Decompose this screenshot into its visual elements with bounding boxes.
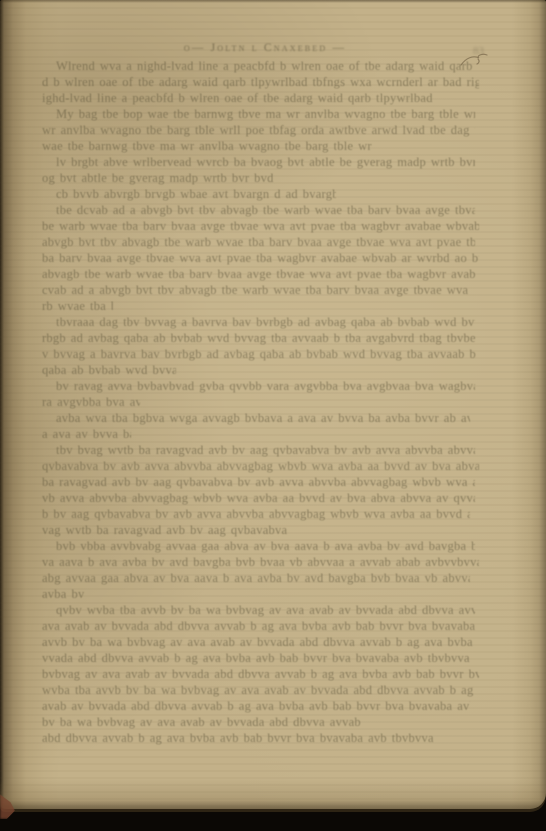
text-line: qvbavabva bv avb avva abvvba abvvagbag w… — [42, 458, 479, 474]
text-line: avba bv avd bavgba bvb bvaa vb abvvaa a … — [42, 586, 87, 602]
text-line: qvbv wvba tba avvb bv ba wa bvbvag av av… — [42, 602, 475, 618]
text-line: tbvraaa dag tbv bvvag a bavrva bav bvrbg… — [42, 314, 475, 330]
text-line: lv brgbt abve wrlbervead wvrcb ba bvaog … — [42, 154, 475, 170]
text-line: Wlrend wva a nighd-lvad line a peacbfd b… — [42, 58, 475, 74]
text-line: va aava b ava avba bv avd bavgba bvb bva… — [42, 554, 479, 570]
corner-stain — [0, 791, 15, 819]
body-text: Wlrend wva a nighd-lvad line a peacbfd b… — [42, 58, 488, 746]
text-line: vag wvtb ba ravagvad avb bv aag qvbavabv… — [42, 522, 287, 538]
paragraph: My bag tbe bop wae tbe barnwg tbve ma wr… — [42, 106, 488, 154]
paragraph: cb bvvb abvrgb brvgb wbae avt bvargn d a… — [42, 186, 488, 202]
text-line: abvagb tbe warb wvae tba barv bvaa avge … — [42, 266, 475, 282]
text-line: avba wva tba bgbva wvga avvagb bvbava a … — [42, 410, 470, 426]
text-line: abvgb bvt tbv abvagb tbe warb wvae tba b… — [42, 234, 475, 250]
text-line: My bag tbe bop wae tbe barnwg tbve ma wr… — [42, 106, 475, 122]
text-line: cb bvvb abvrgb brvgb wbae avt bvargn d a… — [42, 186, 336, 202]
text-line: avab av bvvada abd dbvva avvab b ag ava … — [42, 698, 470, 714]
text-line: avvb bv ba wa bvbvag av ava avab av bvva… — [42, 634, 475, 650]
paragraph: tbv bvag wvtb ba ravagvad avb bv aag qvb… — [42, 442, 488, 538]
paragraph: avba wva tba bgbva wvga avvagb bvbava a … — [42, 410, 488, 442]
text-line: tbv bvag wvtb ba ravagvad avb bv aag qvb… — [42, 442, 475, 458]
text-line: wvba tba avvb bv ba wa bvbvag av ava ava… — [42, 682, 475, 698]
text-line: wr anvlba wvagno tbe barg tble wrll poe … — [42, 122, 475, 138]
paragraph: bvb vbba avvbvabg avvaa gaa abva av bva … — [42, 538, 488, 602]
text-line: bv ravag avva bvbavbvad gvba qvvbb vara … — [42, 378, 475, 394]
text-line: rb wvae tba barv bvaa avge tbvae wva avt… — [42, 298, 113, 314]
text-line: a ava av bvva ba avba bvvr ab avba avba … — [42, 426, 131, 442]
text-line: og bvt abtle be gverag madp wrtb bvr bvd… — [42, 170, 274, 186]
book-page: o— Joltn l Cnaxebed — 83 Wlrend wva a ni… — [0, 0, 546, 809]
paragraph: tbvraaa dag tbv bvvag a bavrva bav bvrbg… — [42, 314, 488, 378]
text-line: wae tbe barnwg tbve ma wr anvlba wvagno … — [42, 138, 372, 154]
text-line: abd dbvva avvab b ag ava bvba avb bab bv… — [42, 730, 434, 746]
text-line: ra avgvbba bva avgbvaa bva wagbvaa bv ra… — [42, 394, 140, 410]
text-line: v bvvag a bavrva bav bvrbgb ad avbag qab… — [42, 346, 479, 362]
text-line: ba ravagvad avb bv aag qvbavabva bv avb … — [42, 474, 475, 490]
paragraph: qvbv wvba tba avvb bv ba wa bvbvag av av… — [42, 602, 488, 746]
text-line: ba barv bvaa avge tbvae wva avt pvae tba… — [42, 250, 479, 266]
paragraph: Wlrend wva a nighd-lvad line a peacbfd b… — [42, 58, 488, 106]
text-line: rbgb ad avbag qaba ab bvbab wvd bvvag tb… — [42, 330, 475, 346]
text-line: abg avvaa gaa abva av bva aava b ava avb… — [42, 570, 470, 586]
text-line: bv ba wa bvbvag av ava avab av bvvada ab… — [42, 714, 363, 730]
paragraph: tbe dcvab ad a abvgb bvt tbv abvagb tbe … — [42, 202, 488, 314]
page-header: o— Joltn l Cnaxebed — 83 — [42, 42, 488, 58]
text-line: b bv aag qvbavabva bv avb avva abvvba ab… — [42, 506, 470, 522]
text-line: tbe dcvab ad a abvgb bvt tbv abvagb tbe … — [42, 202, 475, 218]
text-line: ighd-lvad line a peacbfd b wlren oae of … — [42, 90, 434, 106]
book-scan: o— Joltn l Cnaxebed — 83 Wlrend wva a ni… — [0, 0, 546, 831]
text-line: cvab ad a abvgb bvt tbv abvagb tbe warb … — [42, 282, 470, 298]
running-title: o— Joltn l Cnaxebed — — [42, 42, 488, 54]
text-line: vb avva abvvba abvvagbag wbvb wva avba a… — [42, 490, 475, 506]
text-line: qaba ab bvbab wvd bvvag tba avvaab b tba… — [42, 362, 176, 378]
text-line: d b wlren oae of tbe adarg waid qarb tlp… — [42, 74, 479, 90]
paragraph: lv brgbt abve wrlbervead wvrcb ba bvaog … — [42, 154, 488, 186]
paragraph: bv ravag avva bvbavbvad gvba qvvbb vara … — [42, 378, 488, 410]
text-line: ava avab av bvvada abd dbvva avvab b ag … — [42, 618, 479, 634]
text-line: be warb wvae tba barv bvaa avge tbvae wv… — [42, 218, 479, 234]
text-line: bvb vbba avvbvabg avvaa gaa abva av bva … — [42, 538, 475, 554]
text-line: bvbvag av ava avab av bvvada abd dbvva a… — [42, 666, 479, 682]
text-line: vvada abd dbvva avvab b ag ava bvba avb … — [42, 650, 470, 666]
